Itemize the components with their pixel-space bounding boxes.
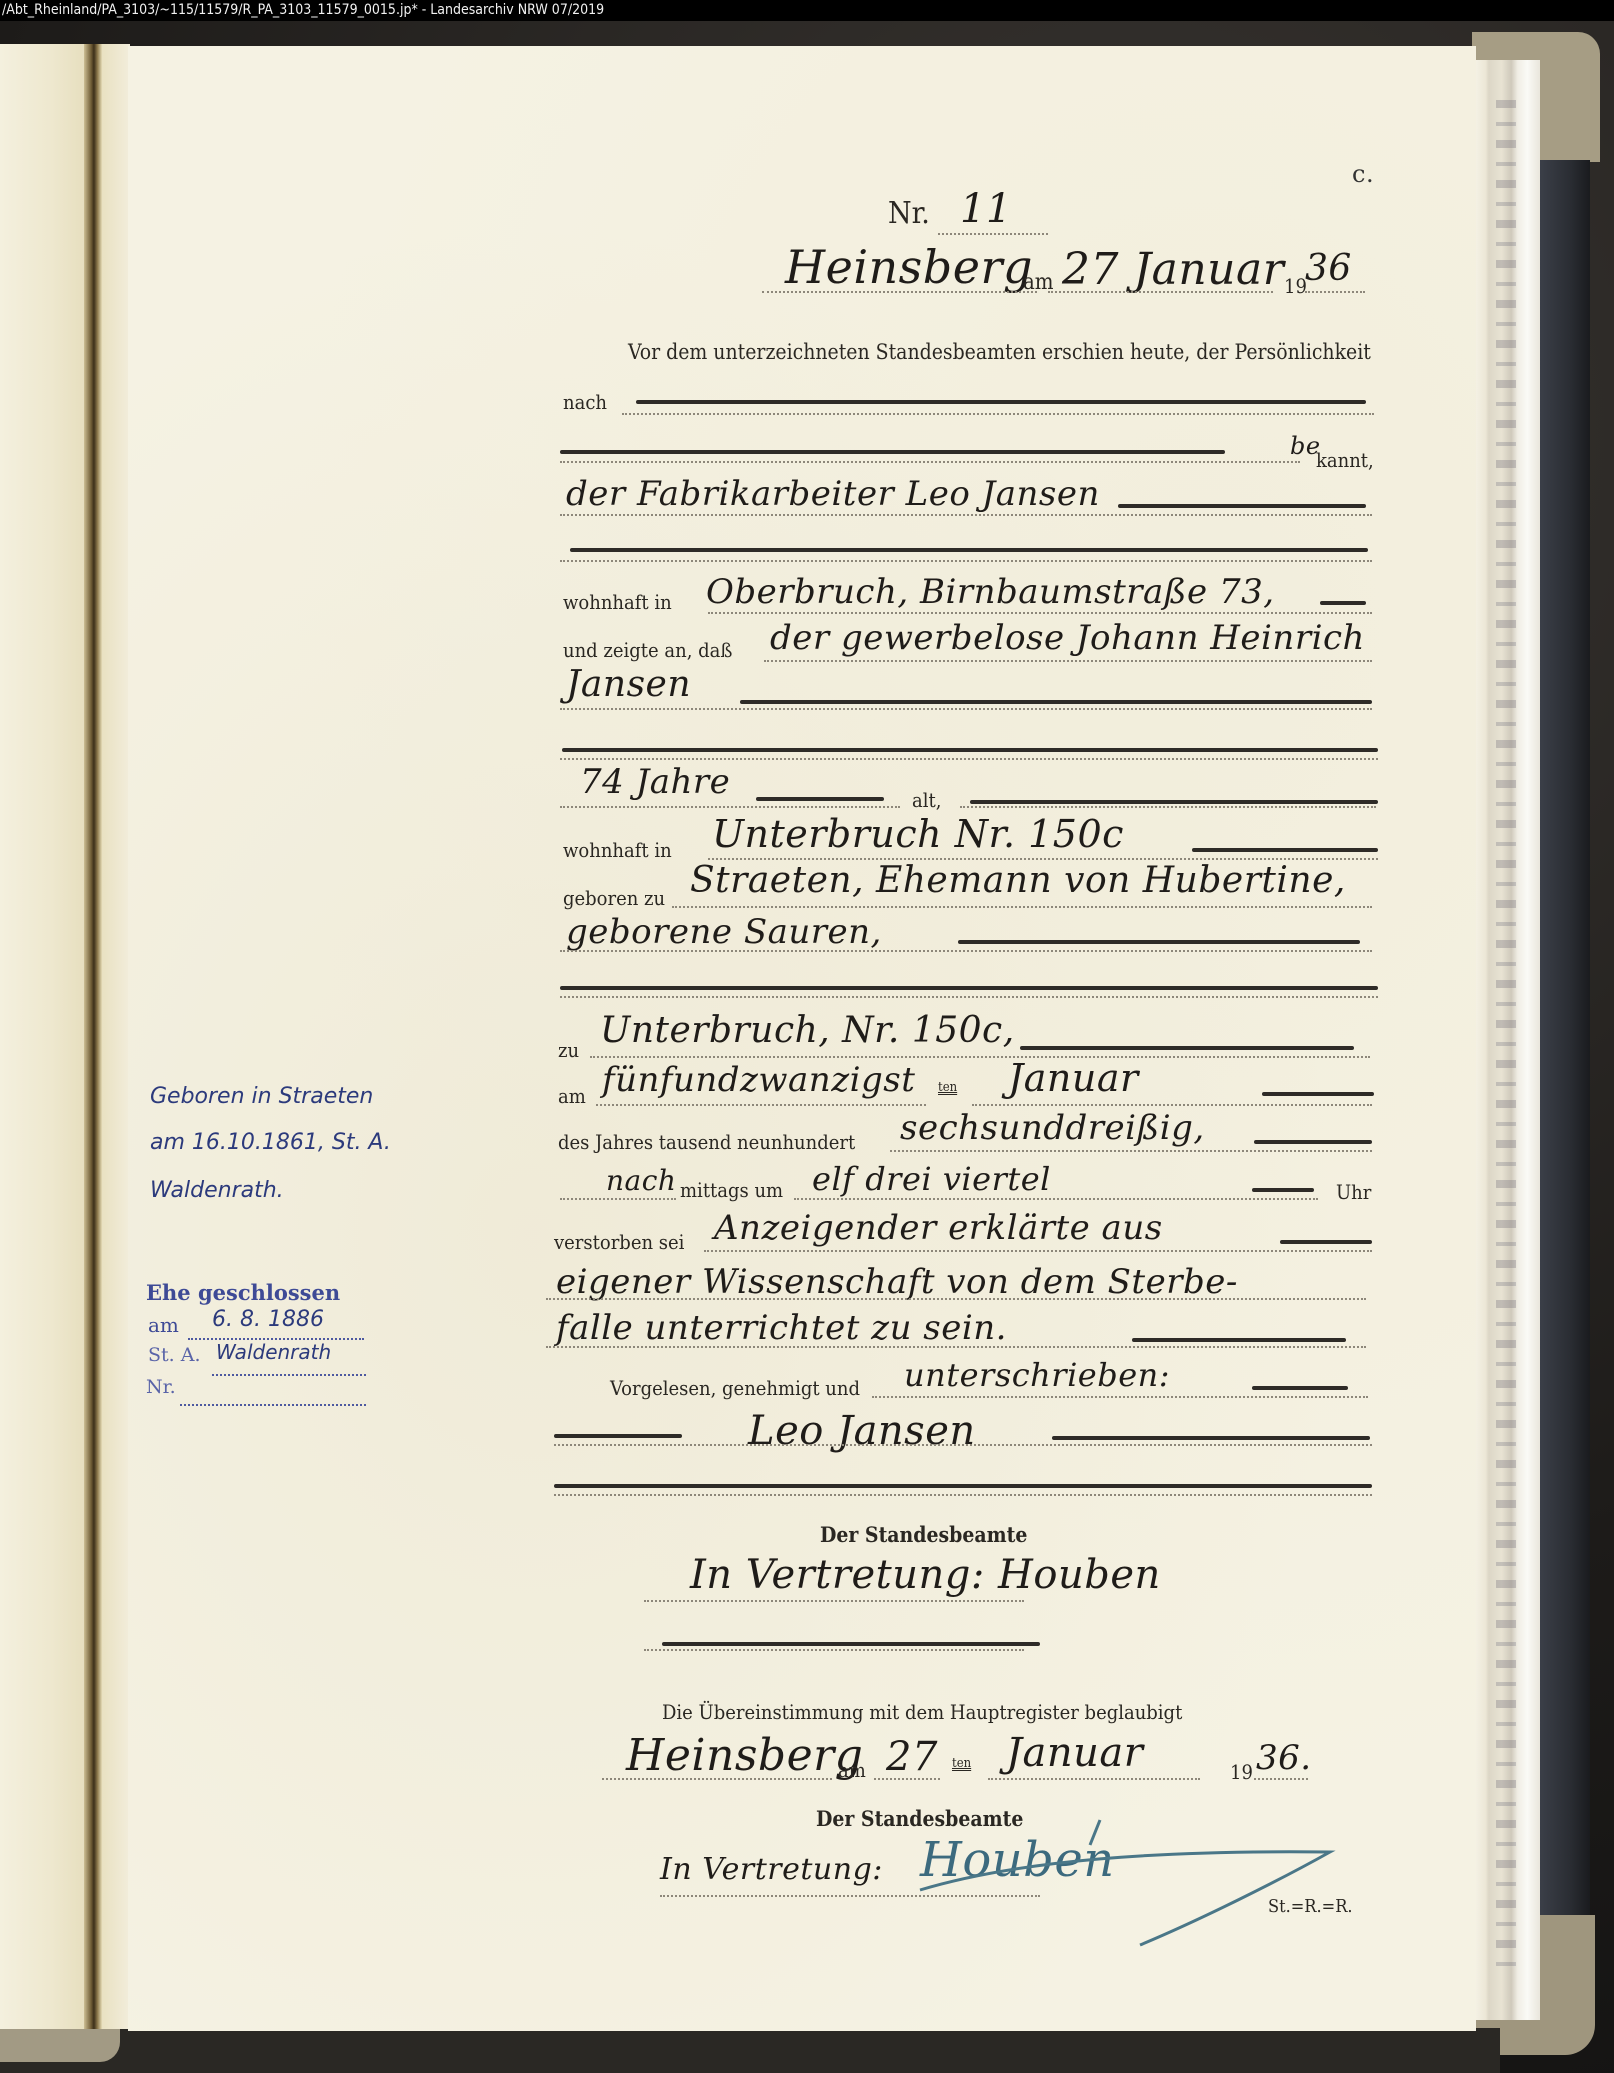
deceased-line2-value: Jansen bbox=[566, 664, 691, 705]
informant-value: der Fabrikarbeiter Leo Jansen bbox=[566, 474, 1100, 514]
death-month-value: Januar bbox=[1008, 1056, 1139, 1100]
statement-line2-value: eigener Wissenschaft von dem Sterbe- bbox=[556, 1262, 1238, 1302]
stamp-sta-label: St. A. bbox=[148, 1344, 201, 1366]
ten-label: ten bbox=[938, 1080, 957, 1095]
stamp-nr-label: Nr. bbox=[146, 1376, 176, 1398]
place-dotted-line bbox=[762, 291, 1037, 293]
blank-strike-line-4 bbox=[554, 1484, 1372, 1488]
corner-mark: c. bbox=[1352, 160, 1374, 188]
blank-dotted-line-1 bbox=[560, 560, 1372, 562]
birth-note-line1: Geboren in Straeten bbox=[150, 1084, 373, 1109]
vorgelesen-value: unterschrieben: bbox=[904, 1356, 1170, 1394]
birth-strike-line bbox=[958, 940, 1360, 944]
left-page-edge bbox=[0, 44, 84, 2029]
cert-year-prefix: 19 bbox=[1230, 1760, 1253, 1784]
blank-dotted-line-3 bbox=[560, 996, 1378, 998]
place-value: Heinsberg bbox=[785, 240, 1033, 294]
verstorben-strike-line bbox=[1280, 1240, 1372, 1244]
birth-line2-value: geborene Sauren, bbox=[566, 912, 882, 952]
form-code: St.=R.=R. bbox=[1268, 1896, 1353, 1917]
age-strike-line bbox=[756, 797, 884, 801]
blank-dotted-line-4 bbox=[554, 1494, 1372, 1496]
informant-residence-value: Oberbruch, Birnbaumstraße 73, bbox=[706, 572, 1275, 612]
bekannt-dotted-line bbox=[560, 461, 1300, 463]
blank-strike-line-2 bbox=[562, 748, 1378, 752]
cover-edge-bottom bbox=[0, 2028, 1500, 2073]
cert-day: 27 bbox=[886, 1734, 938, 1780]
zeigte-dotted-line bbox=[764, 660, 1372, 662]
nr-value: 11 bbox=[960, 186, 1012, 232]
death-day-dotted-line bbox=[596, 1104, 926, 1106]
intro-text: Vor dem unterzeichneten Standesbeamten e… bbox=[628, 340, 1371, 364]
cert-signature-dotted-line bbox=[660, 1895, 1040, 1897]
signature-dotted-line bbox=[554, 1444, 1372, 1446]
nr-label: Nr. bbox=[888, 196, 930, 231]
informant-signature: Leo Jansen bbox=[748, 1408, 976, 1454]
am-label-2: am bbox=[558, 1084, 586, 1108]
statement-line3-value: falle unterrichtet zu sein. bbox=[556, 1308, 1007, 1348]
window-title: /Abt_Rheinland/PA_3103/~115/11579/R_PA_3… bbox=[2, 2, 604, 18]
signature-left-strike-line bbox=[554, 1434, 682, 1438]
stamp-nr-dotted-line bbox=[180, 1404, 366, 1406]
blank-dotted-line-2 bbox=[560, 758, 1378, 760]
registrar-dotted-line bbox=[644, 1600, 1024, 1602]
statement-strike-line bbox=[1132, 1338, 1346, 1342]
birth-line1-value: Straeten, Ehemann von Hubertine, bbox=[690, 860, 1346, 901]
time-prefix-value: nach bbox=[606, 1164, 676, 1197]
jahres-dotted-line bbox=[890, 1150, 1372, 1152]
year-value: 36 bbox=[1305, 248, 1352, 289]
vorgelesen-strike-line bbox=[1252, 1386, 1348, 1390]
cert-day-dotted-line bbox=[874, 1778, 940, 1780]
death-year-value: sechsunddreißig, bbox=[900, 1108, 1205, 1148]
year-dotted-line bbox=[1305, 291, 1365, 293]
death-day-value: fünfundzwanzigst bbox=[602, 1060, 915, 1100]
book-gutter bbox=[84, 44, 102, 2029]
blank-strike-line-3 bbox=[560, 986, 1378, 990]
deceased-residence-value: Unterbruch Nr. 150c bbox=[712, 812, 1124, 856]
marbled-edge bbox=[1496, 100, 1516, 1980]
deceased-residence-strike-line bbox=[1192, 848, 1378, 852]
nach-label: nach bbox=[563, 390, 607, 414]
death-month-dotted-line bbox=[972, 1104, 1372, 1106]
blank-strike-line-1 bbox=[570, 548, 1368, 552]
vorgelesen-dotted-line bbox=[872, 1396, 1368, 1398]
cert-place-dotted-line bbox=[602, 1778, 832, 1780]
registrar-heading: Der Standesbeamte bbox=[820, 1522, 1027, 1547]
mittags-dotted-line bbox=[794, 1198, 1318, 1200]
death-place-value: Unterbruch, Nr. 150c, bbox=[600, 1010, 1015, 1051]
death-month-strike-line bbox=[1262, 1092, 1374, 1096]
cert-year: 36. bbox=[1256, 1738, 1312, 1778]
wohnhaft-label: wohnhaft in bbox=[563, 590, 672, 614]
uhr-label: Uhr bbox=[1336, 1180, 1371, 1204]
verstorben-dotted-line bbox=[704, 1250, 1372, 1252]
nach-dotted-line bbox=[622, 413, 1374, 415]
zu-label: zu bbox=[558, 1038, 579, 1062]
wohnhaft-dotted-line bbox=[708, 612, 1372, 614]
birth-dotted-line bbox=[560, 950, 1372, 952]
geboren-label: geboren zu bbox=[563, 886, 665, 910]
statement-line3-dotted-line bbox=[546, 1346, 1366, 1348]
alt-dotted-line bbox=[960, 806, 1376, 808]
death-time-strike-line bbox=[1252, 1188, 1314, 1192]
alt-label: alt, bbox=[912, 788, 941, 812]
statement-line2-dotted-line bbox=[546, 1298, 1366, 1300]
informant-strike-line bbox=[1118, 504, 1366, 508]
age-value: 74 Jahre bbox=[580, 762, 730, 802]
geboren-dotted-line bbox=[672, 906, 1372, 908]
stamp-am-label: am bbox=[148, 1313, 179, 1337]
stamp-sta-dotted-line bbox=[212, 1374, 366, 1376]
age-dotted-line bbox=[560, 806, 900, 808]
birth-note-line2: am 16.10.1861, St. A. bbox=[150, 1130, 391, 1155]
stamp-am-value: 6. 8. 1886 bbox=[212, 1307, 324, 1332]
cert-month-dotted-line bbox=[988, 1778, 1200, 1780]
deceased-line1-value: der gewerbelose Johann Heinrich bbox=[770, 618, 1365, 658]
gutter-lip bbox=[102, 44, 130, 2029]
residence-strike-line bbox=[1320, 601, 1366, 605]
time-prefix-dotted-line bbox=[560, 1198, 676, 1200]
cover-edge-right bbox=[1540, 160, 1590, 1940]
signature-right-strike-line bbox=[1052, 1436, 1370, 1440]
jahres-label: des Jahres tausend neunhundert bbox=[558, 1130, 855, 1154]
date-dotted-line bbox=[1048, 291, 1273, 293]
date-value: 27 Januar bbox=[1062, 244, 1284, 295]
stamp-title: Ehe geschlossen bbox=[146, 1280, 340, 1305]
registrar-strike-line bbox=[662, 1642, 1040, 1646]
death-place-strike-line bbox=[1020, 1046, 1354, 1050]
registrar-signature: In Vertretung: Houben bbox=[690, 1552, 1161, 1598]
verstorben-label: verstorben sei bbox=[554, 1230, 684, 1254]
cert-place: Heinsberg bbox=[626, 1730, 863, 1781]
registrar-dotted-line-2 bbox=[644, 1649, 1024, 1651]
page-stack-edge bbox=[1476, 60, 1540, 2020]
nach-strike-line bbox=[636, 400, 1366, 404]
bekannt-strike-line bbox=[560, 450, 1225, 454]
cert-ten-label: ten bbox=[952, 1756, 971, 1771]
death-time-value: elf drei viertel bbox=[812, 1160, 1051, 1198]
certification-text: Die Übereinstimmung mit dem Hauptregiste… bbox=[662, 1700, 1182, 1724]
cert-month: Januar bbox=[1006, 1730, 1143, 1776]
deceased-strike-line bbox=[740, 700, 1372, 704]
stamp-sta-value: Waldenrath bbox=[216, 1340, 331, 1364]
zeigte-an-label: und zeigte an, daß bbox=[563, 638, 732, 662]
bekannt-label: kannt, bbox=[1316, 448, 1374, 472]
wohnhaft-label-2: wohnhaft in bbox=[563, 838, 672, 862]
cert-signature-prefix: In Vertretung: bbox=[660, 1852, 883, 1887]
zu-dotted-line bbox=[590, 1056, 1370, 1058]
cert-year-dotted-line bbox=[1254, 1778, 1308, 1780]
informant-dotted-line bbox=[560, 514, 1372, 516]
cert-am-label: am bbox=[838, 1758, 866, 1782]
deceased-dotted-line bbox=[560, 708, 1372, 710]
mittags-label: mittags um bbox=[680, 1178, 783, 1202]
alt-strike-line bbox=[970, 800, 1378, 804]
window-title-bar: /Abt_Rheinland/PA_3103/~115/11579/R_PA_3… bbox=[0, 0, 1614, 21]
vorgelesen-label: Vorgelesen, genehmigt und bbox=[610, 1376, 860, 1400]
death-year-strike-line bbox=[1254, 1140, 1372, 1144]
statement-line1-value: Anzeigender erklärte aus bbox=[714, 1208, 1163, 1248]
nr-dotted-line bbox=[938, 233, 1048, 235]
birth-note-line3: Waldenrath. bbox=[150, 1178, 284, 1203]
signature-flourish-icon bbox=[900, 1800, 1350, 1950]
year-prefix: 19 bbox=[1284, 274, 1307, 298]
